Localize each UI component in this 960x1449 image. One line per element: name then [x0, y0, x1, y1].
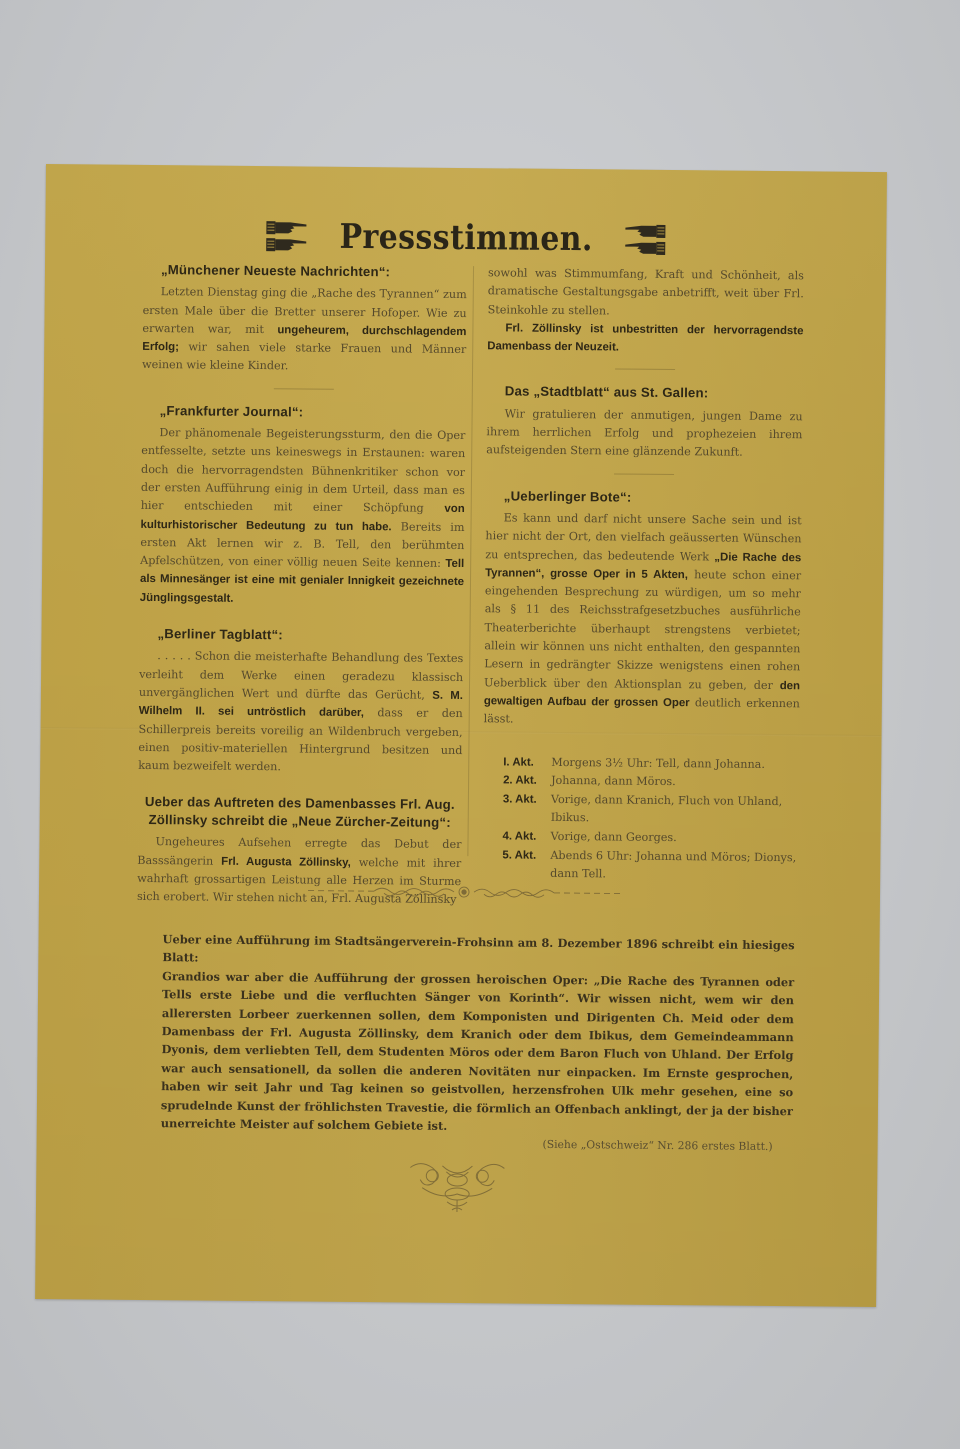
page-title: Pressstimmen. — [339, 217, 593, 259]
review-text: sowohl was Stimmumfang, Kraft und Schönh… — [488, 264, 805, 322]
section-rule — [615, 369, 675, 371]
act-item: 5. Akt.Abends 6 Uhr: Johanna und Möros; … — [502, 846, 798, 886]
review-text: Letzten Dienstag ging die „Rache des Tyr… — [142, 283, 467, 378]
quote-body: Grandios war aber die Aufführung der gro… — [161, 967, 795, 1139]
review-heading: „Ueberlinger Bote“: — [504, 487, 802, 508]
review-text: Der phänomenale Begeisterungssturm, den … — [140, 424, 466, 610]
review-text: Wir gratulieren der anmutigen, jungen Da… — [486, 405, 803, 463]
review-heading: Ueber das Auftreten des Damenbasses Frl.… — [138, 793, 462, 832]
press-flyer: Pressstimmen. „Münchener Neueste Nachric… — [35, 164, 887, 1307]
pointing-hand-left-icon — [624, 222, 668, 258]
review-heading: „Berliner Tagblatt“: — [157, 625, 463, 646]
section-rule — [274, 388, 334, 390]
column-divider — [467, 266, 474, 856]
review-nzz-continued: sowohl was Stimmumfang, Kraft und Schönh… — [487, 264, 804, 359]
review-muenchener: „Münchener Neueste Nachrichten“: Letzten… — [142, 261, 467, 378]
flourish-divider-icon — [304, 881, 624, 904]
review-text: Es kann und darf nicht unsere Sache sein… — [484, 509, 802, 732]
review-stadtblatt: Das „Stadtblatt“ aus St. Gallen: Wir gra… — [486, 383, 803, 463]
review-frankfurter: „Frankfurter Journal“: Der phänomenale B… — [140, 402, 466, 610]
review-text: . . . . . Schon die meisterhafte Behandl… — [138, 647, 463, 778]
review-heading: „Frankfurter Journal“: — [160, 402, 466, 423]
quote-intro: Ueber eine Aufführung im Stadtsängervere… — [162, 930, 794, 973]
act-item: 3. Akt.Vorige, dann Kranich, Fluch von U… — [503, 790, 799, 830]
review-ueberlinger: „Ueberlinger Bote“: Es kann und darf nic… — [484, 487, 802, 732]
review-emphasis: Frl. Zöllinsky ist unbestritten der herv… — [487, 319, 803, 359]
newspaper-quote: Ueber eine Aufführung im Stadtsängervere… — [161, 930, 795, 1157]
right-column: sowohl was Stimmumfang, Kraft und Schönh… — [482, 264, 804, 886]
act-list: I. Akt.Morgens 3½ Uhr: Tell, dann Johann… — [482, 753, 799, 886]
section-rule — [614, 473, 674, 475]
pointing-hand-right-icon — [264, 218, 308, 254]
floral-vignette-icon — [402, 1157, 513, 1214]
review-heading: „Münchener Neueste Nachrichten“: — [161, 261, 467, 282]
review-berliner: „Berliner Tagblatt“: . . . . . Schon die… — [138, 625, 463, 778]
left-column: „Münchener Neueste Nachrichten“: Letzten… — [137, 261, 467, 910]
title-row: Pressstimmen. — [45, 214, 886, 262]
review-heading: Das „Stadtblatt“ aus St. Gallen: — [505, 383, 803, 404]
